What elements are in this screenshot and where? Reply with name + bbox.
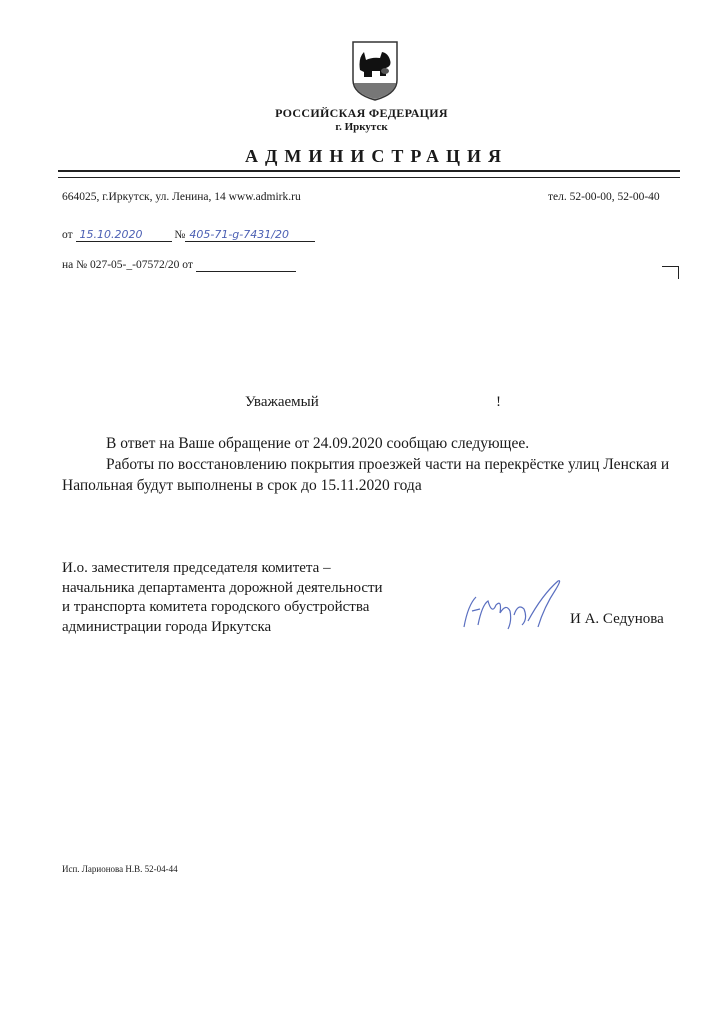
reply-reference: на № 027-05-_-07572/20 от (62, 259, 296, 272)
federation-label: РОССИЙСКАЯ ФЕДЕРАЦИЯ (0, 106, 723, 121)
reply-date-blank (196, 259, 296, 272)
date-field: 15.10.2020 (76, 228, 172, 242)
header-divider (58, 170, 680, 178)
handwritten-number: 405-71-g-7431/20 (185, 228, 293, 241)
number-field: 405-71-g-7431/20 (185, 228, 315, 242)
letter-body: В ответ на Ваше обращение от 24.09.2020 … (62, 433, 682, 496)
reply-reference-text: на № 027-05-_-07572/20 от (62, 259, 193, 271)
signer-position: И.о. заместителя председателя комитета –… (62, 559, 383, 637)
coat-of-arms-icon (350, 40, 400, 102)
executor-note: Исп. Ларионова Н.В. 52-04-44 (62, 864, 178, 874)
handwritten-signature-icon (458, 575, 568, 635)
paragraph: Работы по восстановлению покрытия проезж… (62, 454, 682, 496)
paragraph: В ответ на Ваше обращение от 24.09.2020 … (62, 433, 682, 454)
phone-line: тел. 52-00-00, 52-00-40 (548, 191, 660, 203)
address-line: 664025, г.Иркутск, ул. Ленина, 14 www.ad… (62, 191, 301, 203)
handwritten-date: 15.10.2020 (76, 228, 147, 241)
number-label: № (174, 229, 185, 241)
registration-line: от 15.10.2020 №405-71-g-7431/20 (62, 228, 315, 242)
address-corner-mark (662, 266, 679, 279)
document-title: АДМИНИСТРАЦИЯ (0, 146, 723, 167)
greeting: Уважаемый (245, 394, 319, 411)
signer-name: И А. Седунова (570, 611, 664, 628)
city-label: г. Иркутск (0, 121, 723, 133)
from-label: от (62, 229, 73, 241)
greeting-exclamation: ! (496, 394, 501, 411)
